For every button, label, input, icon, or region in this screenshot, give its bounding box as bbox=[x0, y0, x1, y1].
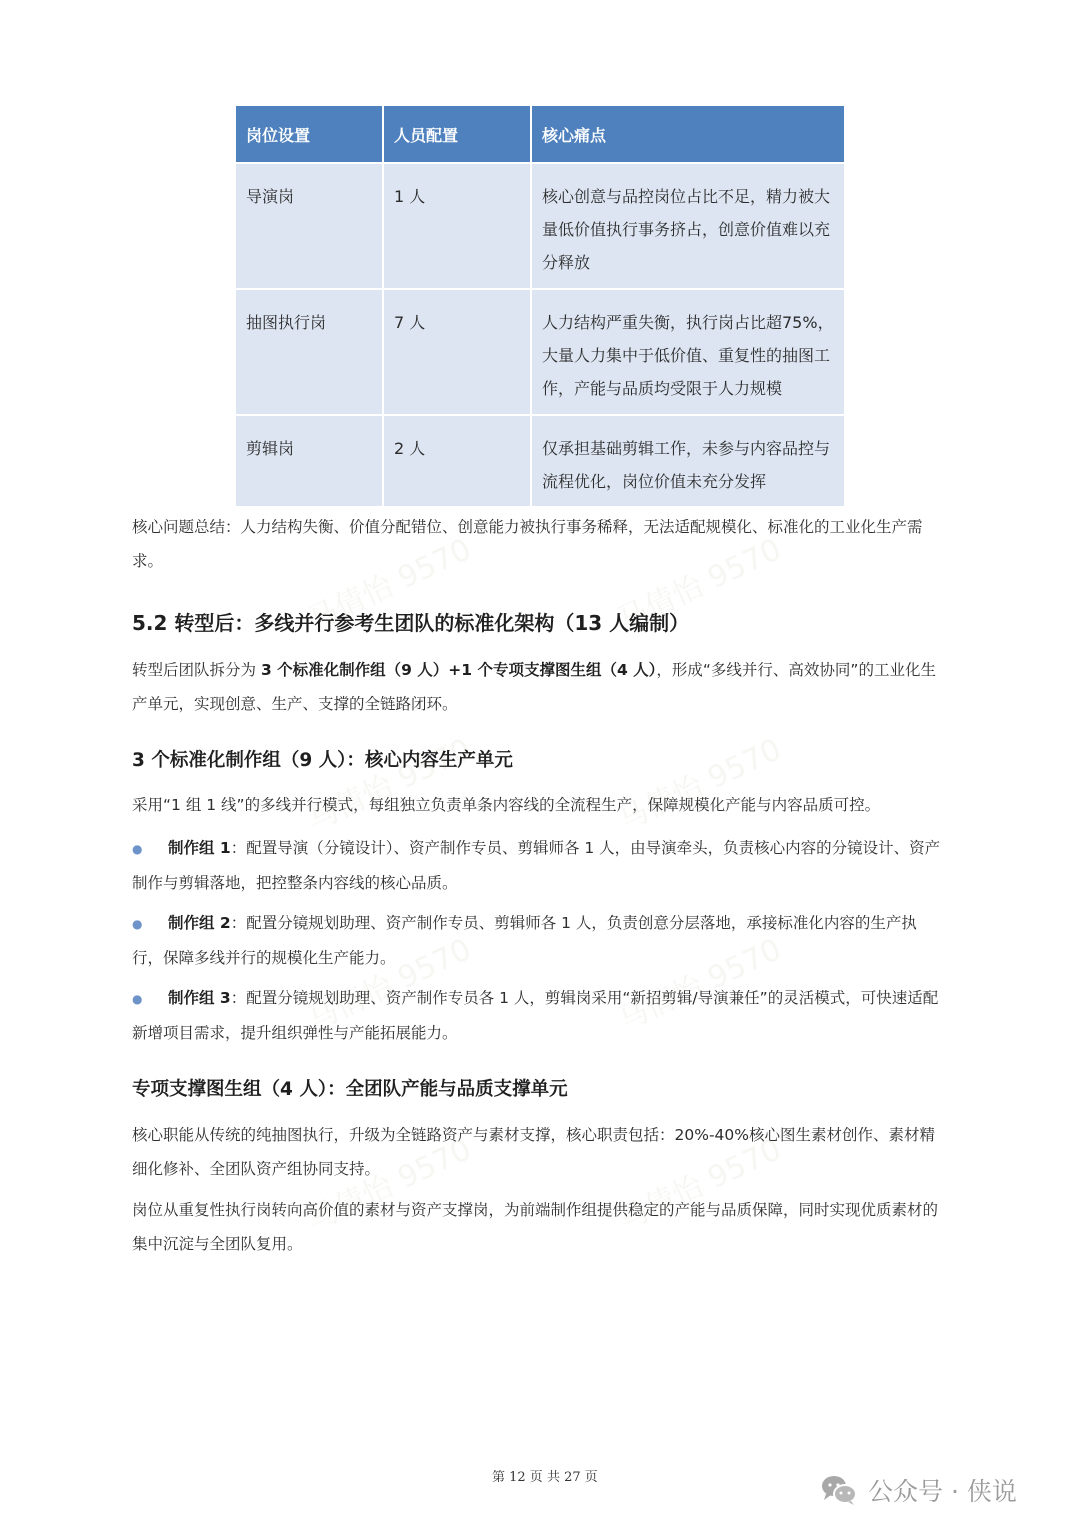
groups-section-intro: 采用“1 组 1 线”的多线并行模式，每组独立负责单条内容线的全流程生产，保障规… bbox=[132, 788, 946, 822]
wechat-icon bbox=[820, 1474, 858, 1506]
wechat-badge: 公众号 · 侠说 bbox=[820, 1472, 1017, 1508]
item-text: ：配置分镜规划助理、资产制作专员各 1 人，剪辑岗采用“新招剪辑/导演兼任”的灵… bbox=[132, 989, 938, 1042]
cell-staff: 2 人 bbox=[384, 416, 532, 506]
section-5-2-title: 5.2 转型后：多线并行参考生团队的标准化架构（13 人编制） bbox=[132, 607, 689, 636]
cell-pain: 核心创意与品控岗位占比不足，精力被大量低价值执行事务挤占，创意价值难以充分释放 bbox=[532, 164, 844, 288]
cell-pain: 人力结构严重失衡，执行岗占比超75%，大量人力集中于低价值、重复性的抽图工作，产… bbox=[532, 290, 844, 414]
support-paragraph-2: 岗位从重复性执行岗转向高价值的素材与资产支撑岗，为前端制作组提供稳定的产能与品质… bbox=[132, 1193, 946, 1261]
table-row: 抽图执行岗 7 人 人力结构严重失衡，执行岗占比超75%，大量人力集中于低价值、… bbox=[236, 288, 844, 414]
bullet-icon: ● bbox=[132, 982, 168, 1016]
item-label: 制作组 3 bbox=[168, 989, 231, 1007]
header-pain: 核心痛点 bbox=[532, 106, 844, 162]
cell-role: 抽图执行岗 bbox=[236, 290, 384, 414]
cell-staff: 7 人 bbox=[384, 290, 532, 414]
table-row: 导演岗 1 人 核心创意与品控岗位占比不足，精力被大量低价值执行事务挤占，创意价… bbox=[236, 162, 844, 288]
item-text: ：配置导演（分镜设计）、资产制作专员、剪辑师各 1 人，由导演牵头，负责核心内容… bbox=[132, 839, 940, 892]
page-indicator: 第 12 页 共 27 页 bbox=[492, 1466, 598, 1485]
item-label: 制作组 1 bbox=[168, 839, 231, 857]
wechat-label: 公众号 · 侠说 bbox=[868, 1472, 1017, 1508]
support-paragraph-1: 核心职能从传统的纯抽图执行，升级为全链路资产与素材支撑，核心职责包括：20%-4… bbox=[132, 1118, 946, 1186]
support-section-title: 专项支撑图生组（4 人）：全团队产能与品质支撑单元 bbox=[132, 1075, 568, 1101]
section-5-2-intro: 转型后团队拆分为 3 个标准化制作组（9 人）+1 个专项支撑图生组（4 人），… bbox=[132, 653, 946, 721]
bullet-icon: ● bbox=[132, 907, 168, 941]
cell-role: 剪辑岗 bbox=[236, 416, 384, 506]
list-item: ●制作组 1：配置导演（分镜设计）、资产制作专员、剪辑师各 1 人，由导演牵头，… bbox=[132, 831, 946, 900]
bullet-icon: ● bbox=[132, 832, 168, 866]
header-role: 岗位设置 bbox=[236, 106, 384, 162]
cell-role: 导演岗 bbox=[236, 164, 384, 288]
table-header-row: 岗位设置 人员配置 核心痛点 bbox=[236, 106, 844, 162]
intro-prefix: 转型后团队拆分为 bbox=[132, 661, 261, 679]
staffing-table: 岗位设置 人员配置 核心痛点 导演岗 1 人 核心创意与品控岗位占比不足，精力被… bbox=[236, 106, 844, 506]
document-page: 马倩怡 9570 马倩怡 9570 马倩怡 9570 马倩怡 9570 马倩怡 … bbox=[0, 0, 1080, 1536]
header-staff: 人员配置 bbox=[384, 106, 532, 162]
summary-paragraph: 核心问题总结：人力结构失衡、价值分配错位、创意能力被执行事务稀释，无法适配规模化… bbox=[132, 510, 946, 578]
groups-section-title: 3 个标准化制作组（9 人）：核心内容生产单元 bbox=[132, 746, 513, 772]
table-row: 剪辑岗 2 人 仅承担基础剪辑工作，未参与内容品控与流程优化，岗位价值未充分发挥 bbox=[236, 414, 844, 506]
item-label: 制作组 2 bbox=[168, 914, 231, 932]
list-item: ●制作组 2：配置分镜规划助理、资产制作专员、剪辑师各 1 人，负责创意分层落地… bbox=[132, 906, 946, 975]
cell-staff: 1 人 bbox=[384, 164, 532, 288]
cell-pain: 仅承担基础剪辑工作，未参与内容品控与流程优化，岗位价值未充分发挥 bbox=[532, 416, 844, 506]
item-text: ：配置分镜规划助理、资产制作专员、剪辑师各 1 人，负责创意分层落地，承接标准化… bbox=[132, 914, 917, 967]
list-item: ●制作组 3：配置分镜规划助理、资产制作专员各 1 人，剪辑岗采用“新招剪辑/导… bbox=[132, 981, 946, 1050]
intro-bold: 3 个标准化制作组（9 人）+1 个专项支撑图生组（4 人） bbox=[261, 661, 656, 679]
